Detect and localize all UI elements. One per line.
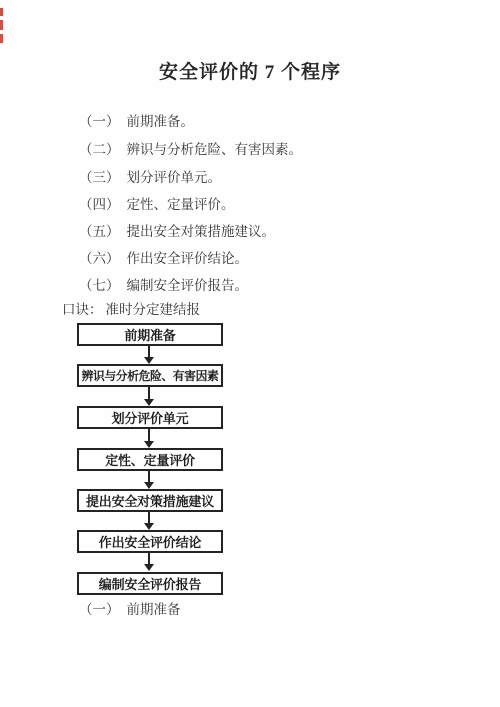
flow-arrow-down-icon (144, 552, 154, 571)
flow-step-7: 编制安全评价报告 (77, 572, 223, 595)
list-item-number: （三） (79, 170, 120, 185)
flow-step-6: 作出安全评价结论 (77, 530, 223, 553)
mnemonic-label: 口诀： (62, 302, 103, 317)
scan-edge-mark (0, 8, 3, 16)
flow-arrow-down-icon (144, 429, 154, 448)
list-item-text: 划分评价单元。 (127, 170, 222, 185)
list-item-number: （四） (79, 197, 120, 212)
scan-edge-mark (0, 20, 3, 30)
list-item-text: 前期准备。 (127, 114, 195, 129)
footer-number: （一） (79, 602, 120, 617)
list-item-number: （一） (79, 114, 120, 129)
list-item: （二）辨识与分析危险、有害因素。 (79, 142, 302, 158)
list-item-text: 提出安全对策措施建议。 (127, 224, 276, 239)
list-item-number: （六） (79, 251, 120, 266)
flow-step-5: 提出安全对策措施建议 (77, 489, 223, 512)
mnemonic-text: 准时分定建结报 (106, 302, 201, 317)
mnemonic-line: 口诀：准时分定建结报 (62, 302, 200, 318)
list-item: （六）作出安全评价结论。 (79, 251, 248, 267)
scan-edge-mark (0, 34, 3, 43)
footer-heading: （一）前期准备 (79, 602, 181, 618)
list-item-text: 作出安全评价结论。 (127, 251, 249, 266)
list-item-text: 定性、定量评价。 (127, 197, 235, 212)
list-item: （七）编制安全评价报告。 (79, 278, 248, 294)
flow-step-4: 定性、定量评价 (77, 448, 223, 471)
list-item-text: 编制安全评价报告。 (127, 278, 249, 293)
list-item: （一）前期准备。 (79, 114, 194, 130)
flow-step-1: 前期准备 (77, 323, 223, 346)
flow-arrow-down-icon (144, 387, 154, 406)
flow-arrow-down-icon (144, 345, 154, 364)
page-title: 安全评价的 7 个程序 (0, 57, 500, 84)
list-item-number: （七） (79, 278, 120, 293)
flow-arrow-down-icon (144, 470, 154, 489)
list-item: （五）提出安全对策措施建议。 (79, 224, 275, 240)
footer-text: 前期准备 (127, 602, 181, 617)
flow-step-3: 划分评价单元 (77, 406, 223, 429)
list-item: （三）划分评价单元。 (79, 170, 221, 186)
flow-step-2: 辨识与分析危险、有害因素 (77, 364, 223, 387)
list-item-text: 辨识与分析危险、有害因素。 (127, 142, 303, 157)
document-page: 安全评价的 7 个程序 （一）前期准备。 （二）辨识与分析危险、有害因素。 （三… (0, 0, 500, 707)
list-item-number: （五） (79, 224, 120, 239)
flow-arrow-down-icon (144, 511, 154, 530)
list-item: （四）定性、定量评价。 (79, 197, 235, 213)
list-item-number: （二） (79, 142, 120, 157)
